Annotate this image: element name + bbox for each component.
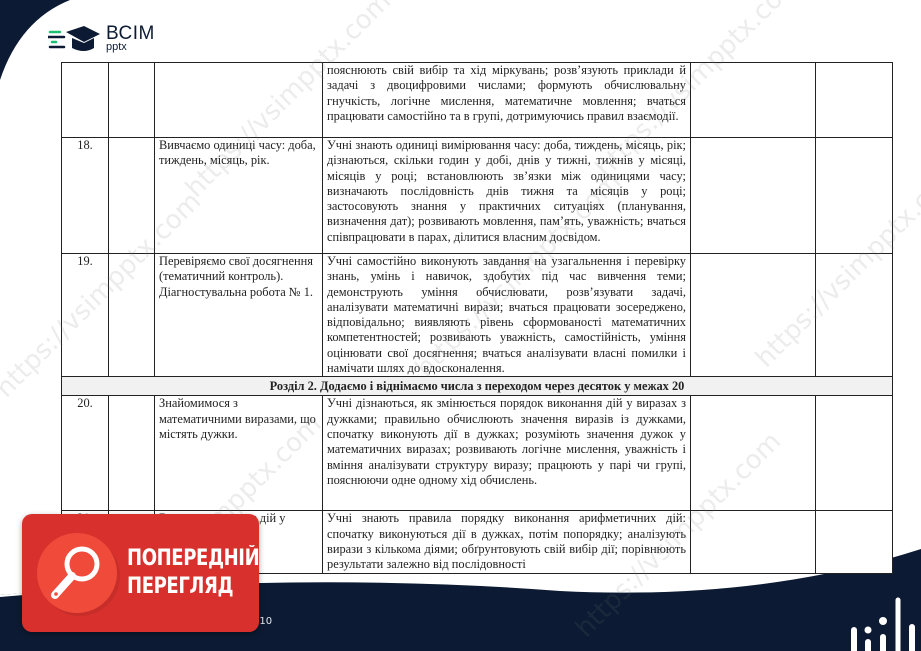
- lesson-outcomes: Учні знають одиниці вимірювання часу: до…: [323, 138, 691, 254]
- lesson-outcomes: Учні дізнаються, як змінюється порядок в…: [323, 396, 691, 511]
- lesson-topic: Перевіряємо свої досягнення (тематичний …: [155, 254, 323, 377]
- lesson-date: [109, 396, 155, 511]
- lesson-notes: [816, 254, 893, 377]
- table-row: пояснюють свій вибір та хід міркувань; р…: [62, 63, 893, 138]
- lesson-correction: [691, 511, 816, 573]
- section-title: Розділ 2. Додаємо і віднімаємо числа з п…: [62, 377, 893, 396]
- lesson-number: 19.: [62, 254, 109, 377]
- table-row: 19. Перевіряємо свої досягнення (тематич…: [62, 254, 893, 377]
- section-header-row: Розділ 2. Додаємо і віднімаємо числа з п…: [62, 377, 893, 396]
- lesson-date: [109, 254, 155, 377]
- preview-line-2: ПЕРЕГЛЯД: [127, 573, 259, 601]
- lesson-topic: Знайомимося з математичними виразами, що…: [155, 396, 323, 511]
- lesson-number: 20.: [62, 396, 109, 511]
- lesson-notes: [816, 511, 893, 573]
- brand-logo: ВСІМ pptx: [48, 22, 155, 54]
- lesson-outcomes: Учні самостійно виконують завдання на уз…: [323, 254, 691, 377]
- preview-line-1: ПОПЕРЕДНІЙ: [127, 545, 259, 573]
- table-row: 20. Знайомимося з математичними виразами…: [62, 396, 893, 511]
- lesson-number: [62, 63, 109, 138]
- lesson-outcomes: Учні знають правила порядку виконання ар…: [323, 511, 691, 573]
- lesson-correction: [691, 63, 816, 138]
- lesson-correction: [691, 254, 816, 377]
- lesson-correction: [691, 138, 816, 254]
- lesson-number: 18.: [62, 138, 109, 254]
- logo-title: ВСІМ: [106, 24, 155, 43]
- lesson-topic: Вивчаємо одиниці часу: доба, тиждень, мі…: [155, 138, 323, 254]
- lesson-notes: [816, 396, 893, 511]
- magnifier-badge: [37, 533, 117, 613]
- graduation-cap-icon: [48, 22, 100, 54]
- lesson-notes: [816, 138, 893, 254]
- lesson-date: [109, 138, 155, 254]
- sound-bars-icon: [848, 590, 921, 651]
- lesson-outcomes: пояснюють свій вибір та хід міркувань; р…: [323, 63, 691, 138]
- lesson-date: [109, 63, 155, 138]
- lesson-topic: [155, 63, 323, 138]
- preview-badge[interactable]: ПОПЕРЕДНІЙ ПЕРЕГЛЯД: [22, 514, 259, 632]
- lesson-notes: [816, 63, 893, 138]
- lesson-plan-table: пояснюють свій вибір та хід міркувань; р…: [61, 62, 893, 574]
- table-row: 18. Вивчаємо одиниці часу: доба, тиждень…: [62, 138, 893, 254]
- lesson-correction: [691, 396, 816, 511]
- magnifier-icon: [37, 533, 117, 613]
